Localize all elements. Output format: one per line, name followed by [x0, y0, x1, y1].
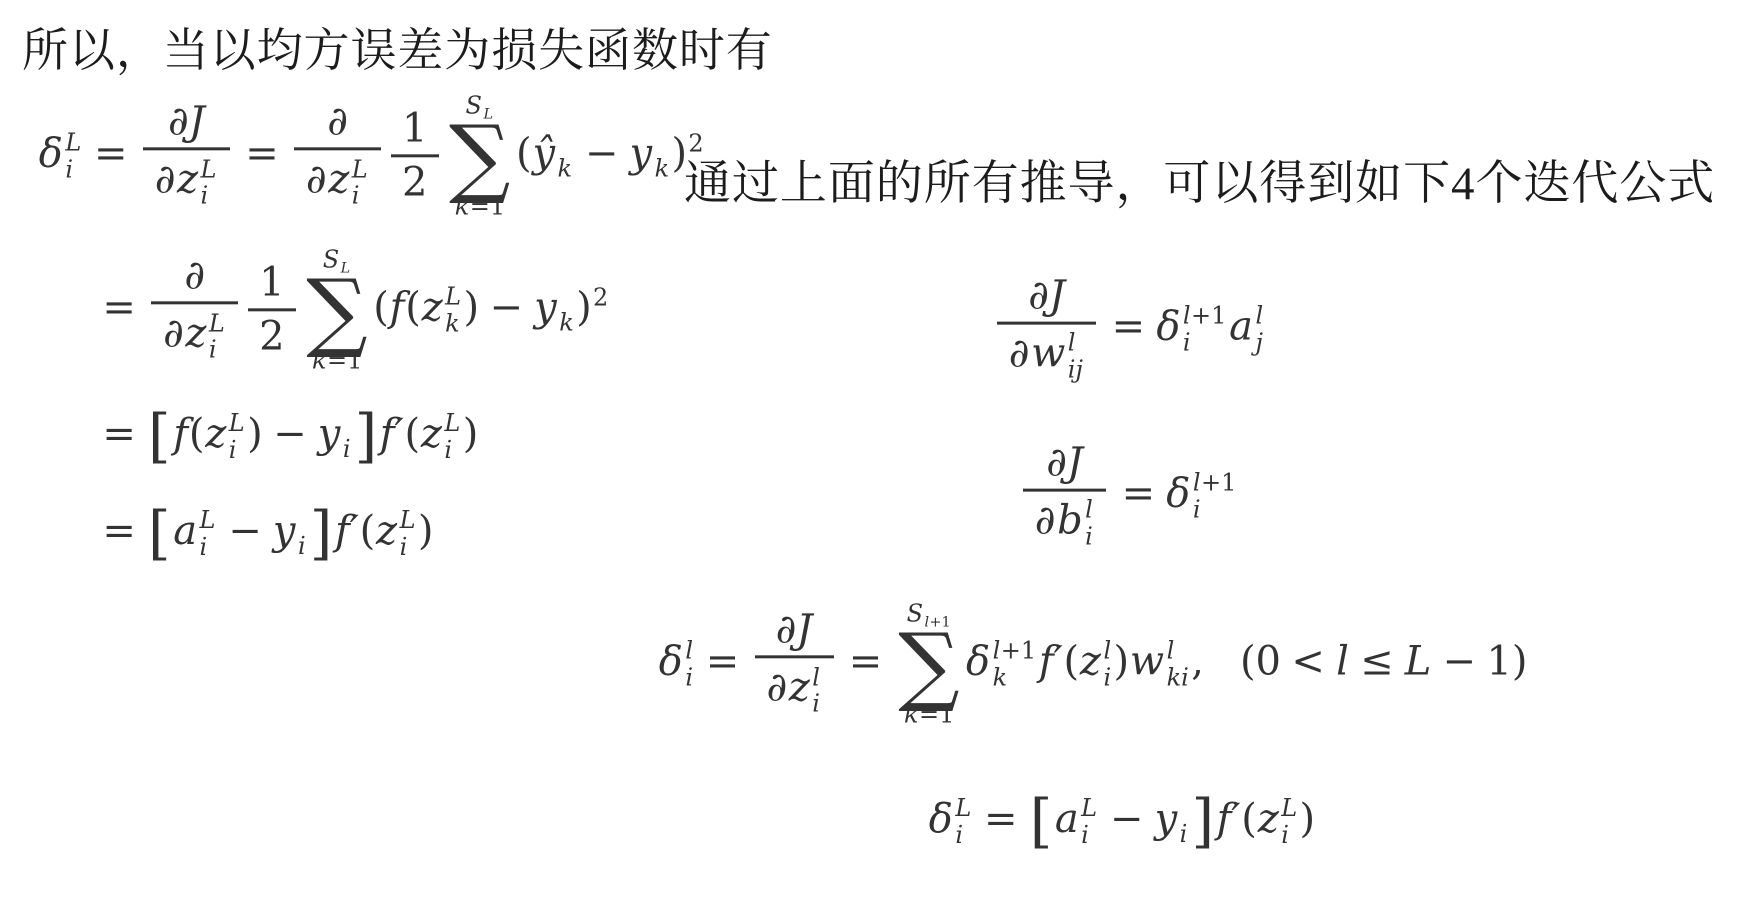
- formula-delta-output-layer: δLi=[aLi−yi]f′(zLi): [928, 795, 1315, 849]
- formula-delta-L-derivation-line3: =[f(zLi)−yi]f′(zLi): [92, 410, 478, 464]
- formula-delta-L-derivation-line1: δLi=∂J∂zLi=∂∂zLi12SL∑k=1(ŷk−yk)2: [38, 91, 706, 220]
- document-page: 所以，当以均方误差为损失函数时有 通过上面的所有推导，可以得到如下4个迭代公式 …: [0, 0, 1749, 918]
- formula-bias-gradient: ∂J∂bli=δl+1i: [1018, 443, 1238, 552]
- summary-text-four-formulas: 通过上面的所有推导，可以得到如下4个迭代公式: [684, 146, 1715, 213]
- formula-weight-gradient: ∂J∂wlij=δl+1ialj: [992, 276, 1266, 385]
- intro-text-mse-loss: 所以，当以均方误差为损失函数时有: [22, 14, 773, 80]
- formula-delta-recursion: δli=∂J∂zli=Sl+1∑k=1δl+1kf′(zli)wlki,(0<l…: [658, 599, 1528, 728]
- formula-delta-L-derivation-line4: =[aLi−yi]f′(zLi): [92, 507, 434, 561]
- formula-delta-L-derivation-line2: =∂∂zLi12SL∑k=1(f(zLk)−yk)2: [92, 245, 610, 374]
